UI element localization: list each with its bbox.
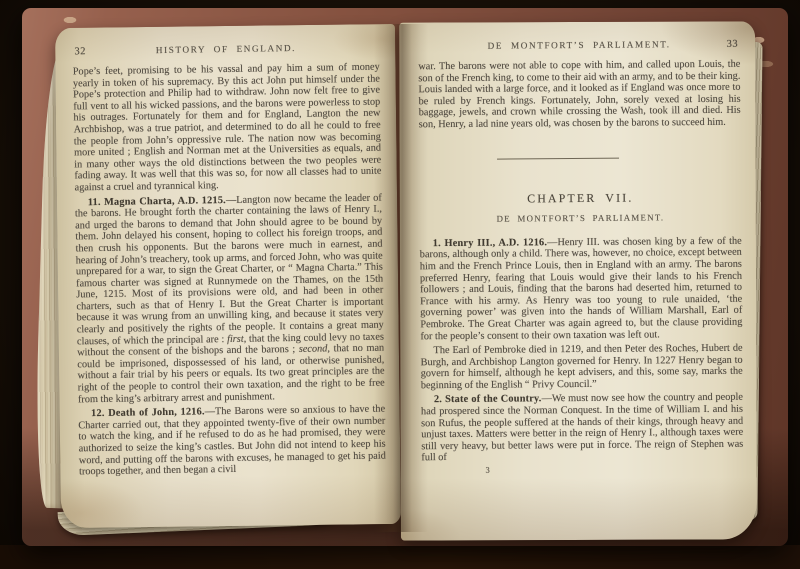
paragraph-text: Pope’s feet, promising to be his vassal … bbox=[73, 62, 382, 194]
paragraph-earl-of-pembroke: The Earl of Pembroke died in 1219, and t… bbox=[421, 343, 743, 392]
paragraph-text: —Langton now became the leader of the ba… bbox=[75, 192, 384, 347]
paragraph-state-of-country: 2. State of the Country.—We must now see… bbox=[421, 392, 744, 464]
right-page-header: DE MONTFORT’S PARLIAMENT. 33 bbox=[418, 39, 740, 55]
paragraph-popes-feet: Pope’s feet, promising to be his vassal … bbox=[73, 62, 382, 194]
left-page-header: 32 HISTORY OF ENGLAND. bbox=[72, 42, 379, 60]
paragraph-text: —Henry III. was chosen king by a few of … bbox=[420, 235, 743, 341]
italic-word-second: second bbox=[299, 344, 328, 355]
paragraph-text: The Earl of Pembroke died in 1219, and t… bbox=[421, 343, 743, 391]
right-page-content: DE MONTFORT’S PARLIAMENT. 33 war. The ba… bbox=[398, 21, 758, 542]
section-lead-henry-iii: 1. Henry III., A.D. 1216. bbox=[433, 237, 548, 249]
paragraph-war-continuation: war. The barons were not able to cope wi… bbox=[418, 59, 741, 131]
right-page-number: 33 bbox=[727, 39, 739, 51]
left-page-content: 32 HISTORY OF ENGLAND. Pope’s feet, prom… bbox=[54, 23, 402, 528]
paragraph-magna-charta: 11. Magna Charta, A.D. 1215.—Langton now… bbox=[75, 192, 385, 405]
table-surface bbox=[0, 545, 800, 569]
right-page: DE MONTFORT’S PARLIAMENT. 33 war. The ba… bbox=[399, 21, 757, 540]
paragraph-text: war. The barons were not able to cope wi… bbox=[418, 59, 740, 130]
italic-word-first: first bbox=[227, 333, 244, 344]
signature-mark: 3 bbox=[485, 463, 743, 477]
section-lead-state-of-country: 2. State of the Country. bbox=[434, 394, 542, 406]
section-divider-rule bbox=[497, 157, 619, 159]
left-running-header: HISTORY OF ENGLAND. bbox=[72, 42, 379, 58]
paragraph-death-of-john: 12. Death of John, 1216.—The Barons were… bbox=[78, 404, 386, 478]
right-running-header: DE MONTFORT’S PARLIAMENT. bbox=[418, 39, 740, 53]
photo-of-open-book: 32 HISTORY OF ENGLAND. Pope’s feet, prom… bbox=[0, 0, 800, 569]
chapter-title: CHAPTER VII. bbox=[419, 191, 741, 205]
paragraph-henry-iii: 1. Henry III., A.D. 1216.—Henry III. was… bbox=[420, 235, 743, 342]
left-page: 32 HISTORY OF ENGLAND. Pope’s feet, prom… bbox=[55, 24, 401, 528]
